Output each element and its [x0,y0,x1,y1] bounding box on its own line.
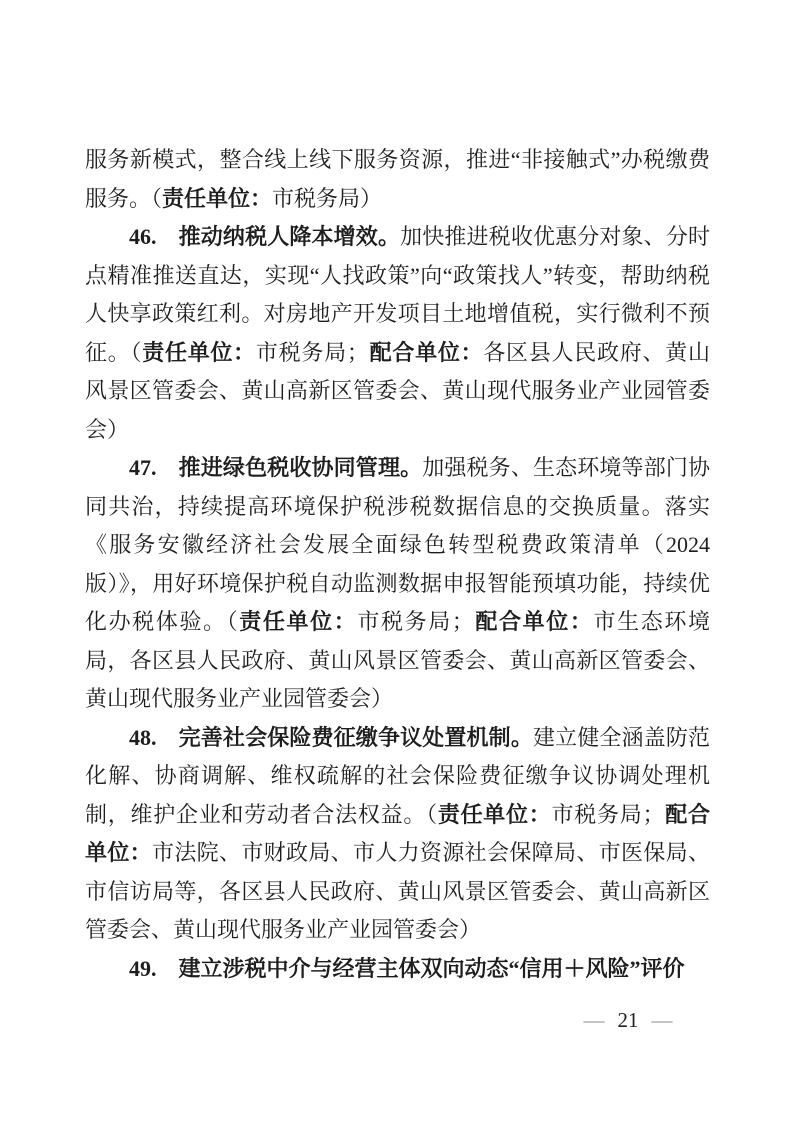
emphasis-text: 48. 完善社会保险费征缴争议处置机制。 [129,725,533,750]
paragraph-continuation: 服务新模式，整合线上线下服务资源，推进“非接触式”办税缴费服务。（责任单位：市税… [85,141,710,218]
footer-dash-right: — [652,1004,673,1036]
emphasis-text: 责任单位： [438,802,552,827]
body-text: 加强税务、生态环境等部门协同共治，持续提高环境保护税涉税数据信息的交换质量。落实… [85,455,710,634]
emphasis-text: 46. 推动纳税人降本增效。 [129,224,400,249]
body-text: 市法院、市财政局、市人力资源社会保障局、市医保局、市信访局等，各区县人民政府、黄… [85,840,710,942]
document-page: 服务新模式，整合线上线下服务资源，推进“非接触式”办税缴费服务。（责任单位：市税… [0,0,793,1122]
body-text: 市税务局） [272,186,382,211]
emphasis-text: 配合单位： [369,340,483,365]
paragraph-item-49: 49. 建立涉税中介与经营主体双向动态“信用＋风险”评价 [85,950,710,989]
paragraph-item-48: 48. 完善社会保险费征缴争议处置机制。建立健全涵盖防范化解、协商调解、维权疏解… [85,719,710,950]
page-number: 21 [618,1004,639,1036]
emphasis-text: 责任单位： [239,609,357,634]
document-body: 服务新模式，整合线上线下服务资源，推进“非接触式”办税缴费服务。（责任单位：市税… [85,141,710,988]
page-footer: — 21 — [556,1004,700,1036]
emphasis-text: 47. 推进绿色税收协同管理。 [129,455,422,480]
emphasis-text: 配合单位： [474,609,594,634]
body-text: 市税务局； [357,609,473,634]
body-text: 市税务局； [256,340,369,365]
paragraph-item-46: 46. 推动纳税人降本增效。加快推进税收优惠分对象、分时点精准推送直达，实现“人… [85,218,710,449]
emphasis-text: 责任单位： [162,186,272,211]
emphasis-text: 责任单位： [142,340,256,365]
footer-dash-left: — [584,1004,605,1036]
emphasis-text: 49. 建立涉税中介与经营主体双向动态“信用＋风险”评价 [129,956,685,981]
paragraph-item-47: 47. 推进绿色税收协同管理。加强税务、生态环境等部门协同共治，持续提高环境保护… [85,449,710,719]
body-text: 市税务局； [552,802,665,827]
